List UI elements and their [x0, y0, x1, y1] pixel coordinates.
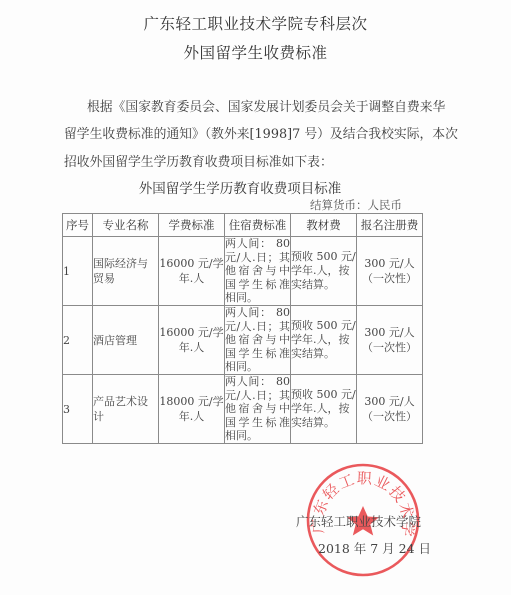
paragraph-line1: 根据《国家教育委员会、国家发展计划委员会关于调整自费来华: [87, 96, 445, 115]
cell-dorm: 两人间： 80元/人.日；其他宿舍与中国学生标准相同。: [225, 306, 291, 375]
cell-no: 1: [63, 237, 93, 306]
cell-dorm: 两人间： 80元/人.日；其他宿舍与中国学生标准相同。: [225, 375, 291, 444]
table-title: 外国留学生学历教育收费项目标准: [0, 177, 480, 197]
signature-institution: 广东轻工职业技术学院: [296, 512, 421, 530]
document-title-line2: 外国留学生收费标准: [0, 41, 511, 63]
header-textbook: 教材费: [291, 214, 357, 237]
cell-textbook: 预收 500 元/学年.人，按实结算。: [291, 375, 357, 444]
document-title-line1: 广东轻工职业技术学院专科层次: [0, 12, 511, 34]
cell-no: 2: [63, 306, 93, 375]
cell-textbook: 预收 500 元/学年.人，按实结算。: [291, 237, 357, 306]
header-dorm: 住宿费标准: [225, 214, 291, 237]
header-tuition: 学费标准: [159, 214, 225, 237]
cell-textbook: 预收 500 元/学年.人，按实结算。: [291, 306, 357, 375]
table-row: 3 产品艺术设计 18000 元/学年.人 两人间： 80元/人.日；其他宿舍与…: [63, 375, 423, 444]
cell-major: 产品艺术设计: [93, 375, 159, 444]
cell-registration: 300 元/人（一次性）: [357, 375, 423, 444]
cell-registration: 300 元/人（一次性）: [357, 306, 423, 375]
fee-table: 序号 专业名称 学费标准 住宿费标准 教材费 报名注册费 1 国际经济与贸易 1…: [62, 213, 423, 444]
header-no: 序号: [63, 214, 93, 237]
signature-date: 2018 年 7 月 24 日: [318, 539, 431, 557]
currency-note: 结算货币：人民币: [310, 197, 402, 213]
cell-tuition: 16000 元/学年.人: [159, 237, 225, 306]
table-row: 1 国际经济与贸易 16000 元/学年.人 两人间： 80元/人.日；其他宿舍…: [63, 237, 423, 306]
cell-tuition: 18000 元/学年.人: [159, 375, 225, 444]
table-header-row: 序号 专业名称 学费标准 住宿费标准 教材费 报名注册费: [63, 214, 423, 237]
cell-major: 酒店管理: [93, 306, 159, 375]
paragraph-line2: 留学生收费标准的通知》（教外来[1998]7 号）及结合我校实际，本次: [64, 123, 458, 142]
cell-dorm: 两人间： 80元/人.日；其他宿舍与中国学生标准相同。: [225, 237, 291, 306]
cell-major: 国际经济与贸易: [93, 237, 159, 306]
header-major: 专业名称: [93, 214, 159, 237]
cell-no: 3: [63, 375, 93, 444]
cell-tuition: 16000 元/学年.人: [159, 306, 225, 375]
header-registration: 报名注册费: [357, 214, 423, 237]
cell-registration: 300 元/人（一次性）: [357, 237, 423, 306]
paragraph-line3: 招收外国留学生学历教育收费项目标准如下表：: [64, 151, 333, 170]
table-row: 2 酒店管理 16000 元/学年.人 两人间： 80元/人.日；其他宿舍与中国…: [63, 306, 423, 375]
